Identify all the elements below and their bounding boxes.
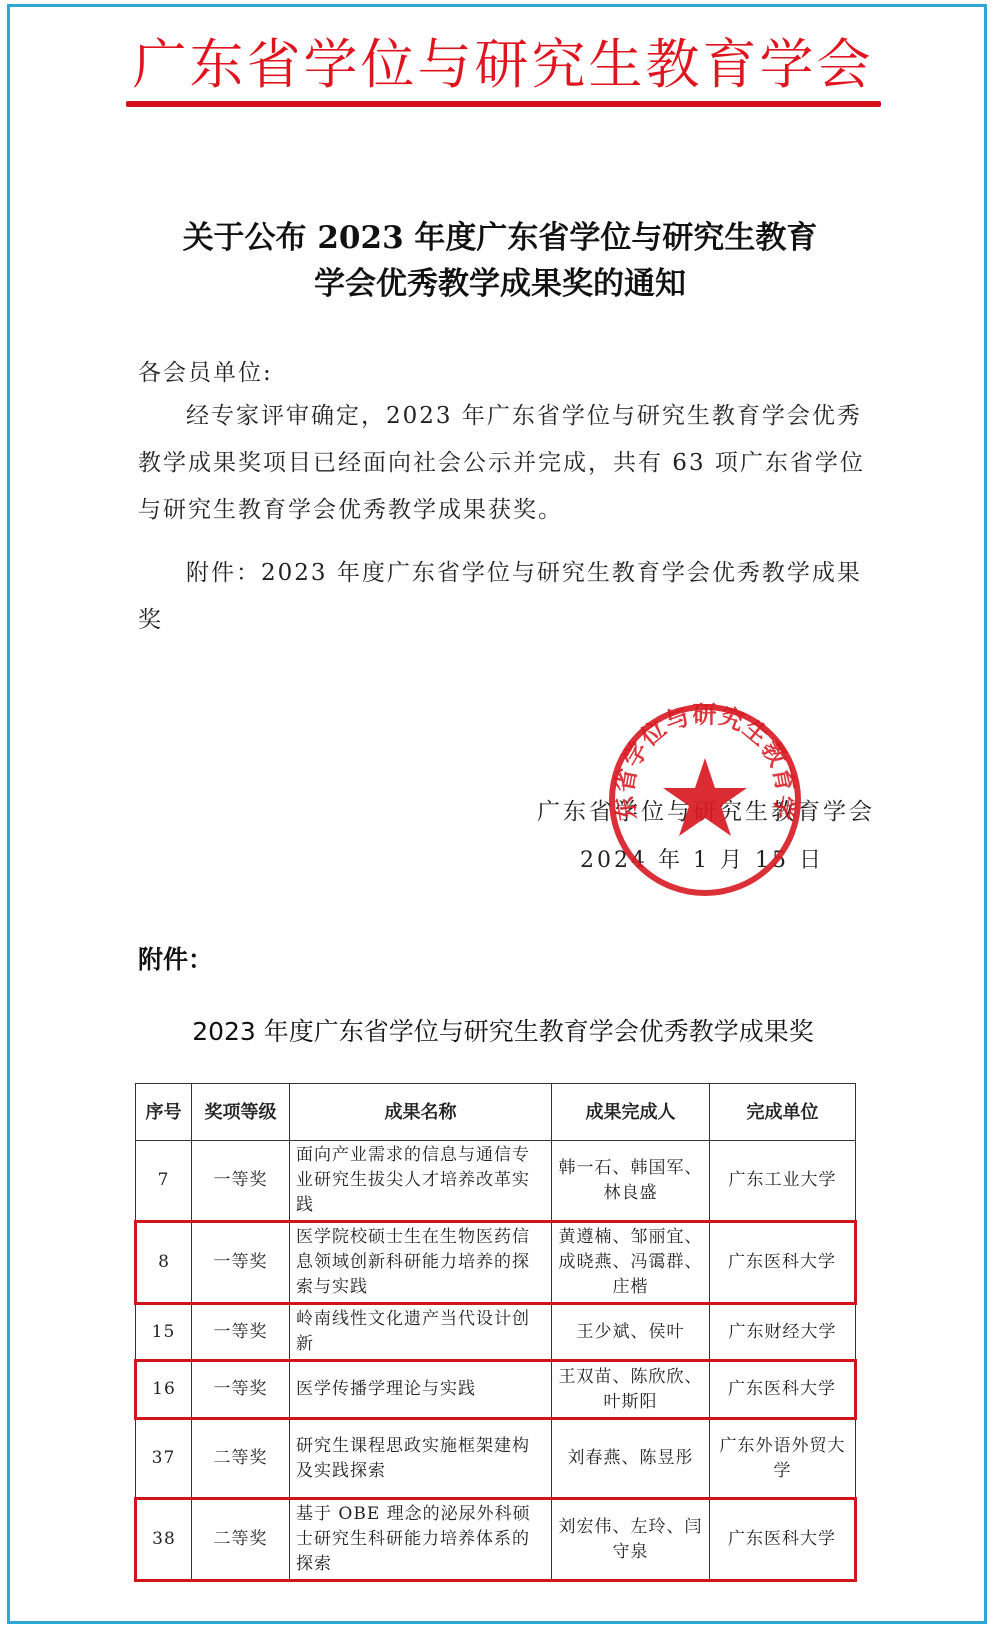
cell-authors: 王少斌、侯叶 [552, 1304, 710, 1361]
cell-level: 一等奖 [192, 1304, 290, 1361]
official-seal-icon: 广东省学位与研究生教育学会 [605, 700, 805, 900]
cell-unit: 广东医科大学 [710, 1361, 856, 1419]
red-star-icon [663, 758, 747, 836]
table-row-highlighted: 38 二等奖 基于 OBE 理念的泌尿外科硕士研究生科研能力培养体系的探索 刘宏… [136, 1499, 856, 1581]
column-header-title: 成果名称 [290, 1084, 552, 1141]
cell-authors: 刘宏伟、左玲、闫守泉 [552, 1499, 710, 1581]
cell-level: 二等奖 [192, 1419, 290, 1499]
cell-authors: 韩一石、韩国军、林良盛 [552, 1141, 710, 1222]
cell-authors: 刘春燕、陈昱彤 [552, 1419, 710, 1499]
column-header-number: 序号 [136, 1084, 192, 1141]
cell-unit: 广东医科大学 [710, 1499, 856, 1581]
notice-title-line-2: 学会优秀教学成果奖的通知 [120, 261, 880, 307]
cell-level: 一等奖 [192, 1141, 290, 1222]
award-table-title: 2023 年度广东省学位与研究生教育学会优秀教学成果奖 [138, 1012, 868, 1048]
table-row: 7 一等奖 面向产业需求的信息与通信专业研究生拔尖人才培养改革实践 韩一石、韩国… [136, 1141, 856, 1222]
cell-number: 7 [136, 1141, 192, 1222]
notice-paragraph: 经专家评审确定，2023 年广东省学位与研究生教育学会优秀教学成果奖项目已经面向… [138, 393, 873, 534]
cell-unit: 广东外语外贸大学 [710, 1419, 856, 1499]
table-row: 15 一等奖 岭南线性文化遗产当代设计创新 王少斌、侯叶 广东财经大学 [136, 1304, 856, 1361]
cell-number: 38 [136, 1499, 192, 1581]
cell-title: 医学院校硕士生在生物医药信息领域创新科研能力培养的探索与实践 [290, 1222, 552, 1304]
cell-unit: 广东工业大学 [710, 1141, 856, 1222]
cell-number: 16 [136, 1361, 192, 1419]
cell-title: 医学传播学理论与实践 [290, 1361, 552, 1419]
table-header-row: 序号 奖项等级 成果名称 成果完成人 完成单位 [136, 1084, 856, 1141]
award-table: 序号 奖项等级 成果名称 成果完成人 完成单位 7 一等奖 面向产业需求的信息与… [134, 1083, 857, 1582]
attachment-note: 附件：2023 年度广东省学位与研究生教育学会优秀教学成果奖 [138, 550, 873, 644]
attachment-heading: 附件： [138, 940, 213, 976]
cell-number: 37 [136, 1419, 192, 1499]
table-row-highlighted: 16 一等奖 医学传播学理论与实践 王双苗、陈欣欣、叶斯阳 广东医科大学 [136, 1361, 856, 1419]
salutation: 各会员单位: [138, 350, 873, 397]
notice-title: 关于公布 2023 年度广东省学位与研究生教育 学会优秀教学成果奖的通知 [120, 215, 880, 307]
column-header-authors: 成果完成人 [552, 1084, 710, 1141]
column-header-level: 奖项等级 [192, 1084, 290, 1141]
cell-number: 8 [136, 1222, 192, 1304]
cell-title: 岭南线性文化遗产当代设计创新 [290, 1304, 552, 1361]
table-row-highlighted: 8 一等奖 医学院校硕士生在生物医药信息领域创新科研能力培养的探索与实践 黄遵楠… [136, 1222, 856, 1304]
cell-level: 一等奖 [192, 1361, 290, 1419]
column-header-unit: 完成单位 [710, 1084, 856, 1141]
cell-level: 一等奖 [192, 1222, 290, 1304]
letterhead-divider [126, 101, 881, 107]
cell-unit: 广东医科大学 [710, 1222, 856, 1304]
cell-unit: 广东财经大学 [710, 1304, 856, 1361]
cell-title: 研究生课程思政实施框架建构及实践探索 [290, 1419, 552, 1499]
cell-title: 基于 OBE 理念的泌尿外科硕士研究生科研能力培养体系的探索 [290, 1499, 552, 1581]
cell-authors: 黄遵楠、邹丽宜、成晓燕、冯霭群、庄楷 [552, 1222, 710, 1304]
notice-title-line-1: 关于公布 2023 年度广东省学位与研究生教育 [120, 215, 880, 261]
cell-authors: 王双苗、陈欣欣、叶斯阳 [552, 1361, 710, 1419]
cell-level: 二等奖 [192, 1499, 290, 1581]
cell-title: 面向产业需求的信息与通信专业研究生拔尖人才培养改革实践 [290, 1141, 552, 1222]
cell-number: 15 [136, 1304, 192, 1361]
letterhead-org-name: 广东省学位与研究生教育学会 [128, 30, 878, 100]
table-row: 37 二等奖 研究生课程思政实施框架建构及实践探索 刘春燕、陈昱彤 广东外语外贸… [136, 1419, 856, 1499]
